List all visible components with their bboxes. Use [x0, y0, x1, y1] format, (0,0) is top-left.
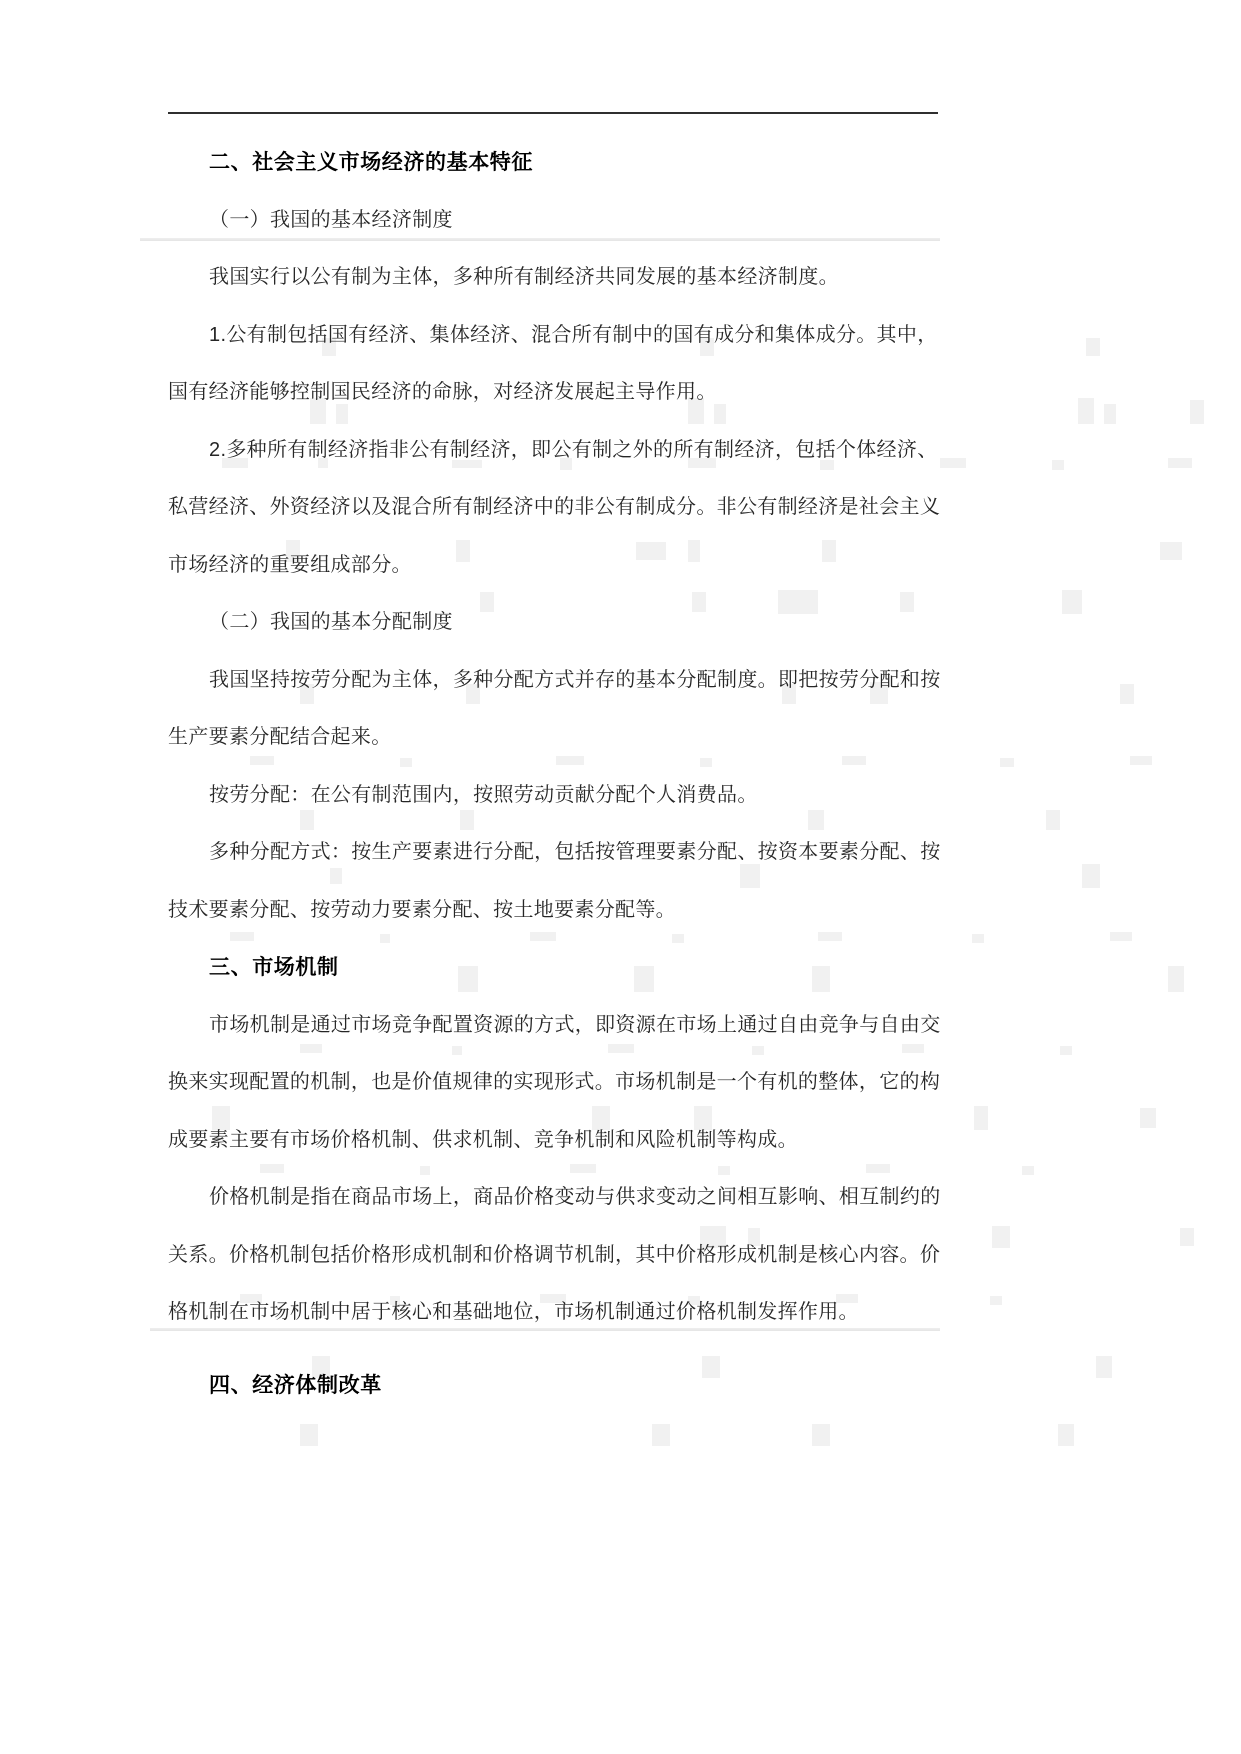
watermark-fragment	[1062, 590, 1082, 614]
header-rule	[168, 112, 938, 114]
watermark-fragment	[652, 1424, 670, 1446]
watermark-fragment	[1086, 338, 1100, 356]
subsection-heading-2: （二）我国的基本分配制度	[168, 594, 943, 652]
subsection-heading-1: （一）我国的基本经济制度	[168, 192, 943, 250]
watermark-fragment	[974, 1106, 988, 1130]
watermark-fragment	[812, 1424, 830, 1446]
paragraph-line: 我国实行以公有制为主体，多种所有制经济共同发展的基本经济制度。	[168, 249, 943, 307]
watermark-fragment	[300, 1424, 318, 1446]
section-heading-4: 四、经济体制改革	[168, 1357, 943, 1415]
paragraph-line: 我国坚持按劳分配为主体，多种分配方式并存的基本分配制度。即把按劳分配和按	[168, 652, 943, 710]
watermark-fragment	[1046, 810, 1060, 830]
paragraph-line: 生产要素分配结合起来。	[168, 709, 943, 767]
paragraph-line: 按劳分配：在公有制范围内，按照劳动贡献分配个人消费品。	[168, 767, 943, 825]
watermark-fragment	[1168, 458, 1192, 468]
paragraph-line: 关系。价格机制包括价格形成机制和价格调节机制，其中价格形成机制是核心内容。价	[168, 1227, 943, 1285]
watermark-fragment	[1058, 1424, 1074, 1446]
section-heading-3: 三、市场机制	[168, 939, 943, 997]
watermark-fragment	[1078, 398, 1094, 424]
paragraph-line: 成要素主要有市场价格机制、供求机制、竞争机制和风险机制等构成。	[168, 1112, 943, 1170]
watermark-fragment	[1130, 756, 1152, 765]
paragraph-line: 多种分配方式：按生产要素进行分配，包括按管理要素分配、按资本要素分配、按	[168, 824, 943, 882]
watermark-fragment	[992, 1226, 1010, 1248]
paragraph-line: 格机制在市场机制中居于核心和基础地位，市场机制通过价格机制发挥作用。	[168, 1284, 943, 1342]
paragraph-line: 2.多种所有制经济指非公有制经济，即公有制之外的所有制经济，包括个体经济、	[168, 422, 943, 480]
watermark-fragment	[1060, 1046, 1072, 1055]
watermark-fragment	[1052, 460, 1064, 470]
document-page: 二、社会主义市场经济的基本特征 （一）我国的基本经济制度 我国实行以公有制为主体…	[0, 0, 1241, 1754]
paragraph-line: 市场经济的重要组成部分。	[168, 537, 943, 595]
watermark-fragment	[972, 934, 984, 943]
watermark-fragment	[1110, 932, 1132, 941]
paragraph-line: 技术要素分配、按劳动力要素分配、按土地要素分配等。	[168, 882, 943, 940]
watermark-fragment	[940, 458, 966, 468]
watermark-fragment	[1140, 1108, 1156, 1128]
watermark-fragment	[1190, 400, 1204, 424]
paragraph-line: 换来实现配置的机制，也是价值规律的实现形式。市场机制是一个有机的整体，它的构	[168, 1054, 943, 1112]
watermark-fragment	[1022, 1166, 1034, 1175]
paragraph-line: 国有经济能够控制国民经济的命脉，对经济发展起主导作用。	[168, 364, 943, 422]
watermark-fragment	[1160, 542, 1182, 560]
watermark-fragment	[1104, 404, 1116, 424]
watermark-fragment	[1168, 966, 1184, 992]
paragraph-line: 私营经济、外资经济以及混合所有制经济中的非公有制成分。非公有制经济是社会主义	[168, 479, 943, 537]
document-body: 二、社会主义市场经济的基本特征 （一）我国的基本经济制度 我国实行以公有制为主体…	[168, 134, 943, 1414]
watermark-fragment	[1000, 758, 1014, 767]
watermark-fragment	[1082, 864, 1100, 888]
watermark-fragment	[1096, 1356, 1112, 1378]
watermark-fragment	[1180, 1228, 1194, 1246]
paragraph-line: 1.公有制包括国有经济、集体经济、混合所有制中的国有成分和集体成分。其中，	[168, 307, 943, 365]
paragraph-line: 价格机制是指在商品市场上，商品价格变动与供求变动之间相互影响、相互制约的	[168, 1169, 943, 1227]
section-heading-2: 二、社会主义市场经济的基本特征	[168, 134, 943, 192]
paragraph-line: 市场机制是通过市场竞争配置资源的方式，即资源在市场上通过自由竞争与自由交	[168, 997, 943, 1055]
watermark-fragment	[990, 1296, 1002, 1305]
watermark-fragment	[1120, 684, 1134, 704]
